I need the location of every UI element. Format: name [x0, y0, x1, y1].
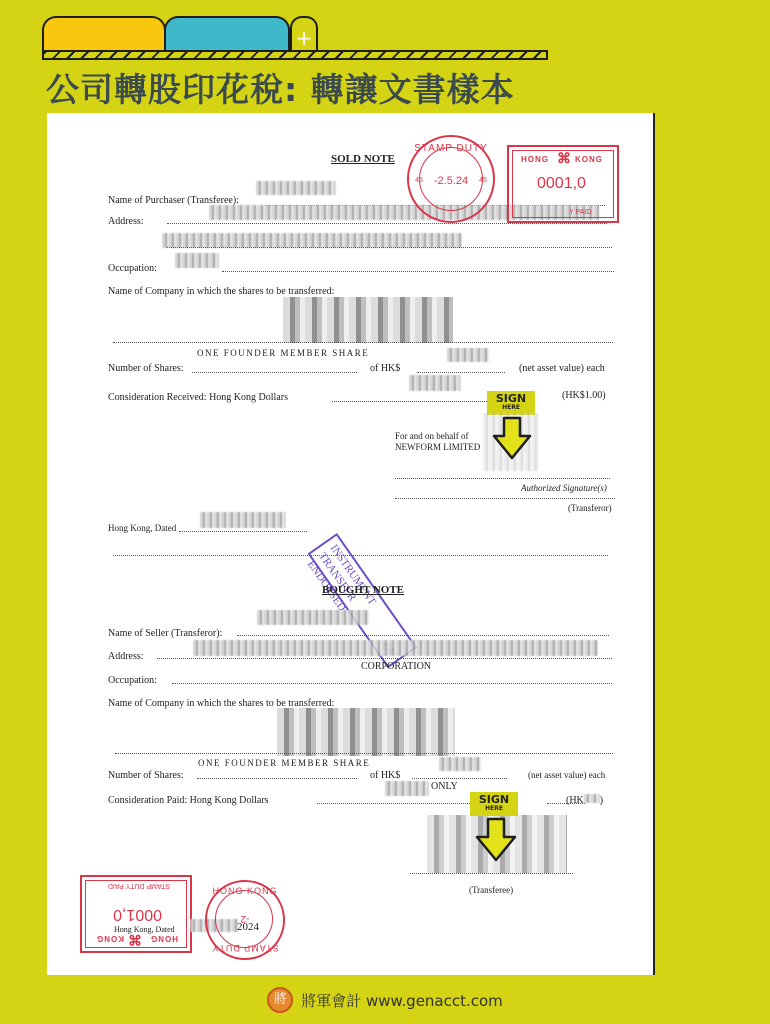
dotted-line: [167, 247, 612, 248]
seller-label: Name of Seller (Transferor):: [108, 628, 222, 639]
redacted-occupation: [175, 253, 219, 268]
add-tab: +: [290, 16, 318, 52]
dotted-line: [157, 658, 612, 659]
redacted-seller: [257, 610, 369, 625]
redacted-consideration: [409, 375, 461, 391]
yellow-tab: [42, 16, 166, 52]
folder-tabs-decoration: +: [42, 16, 548, 58]
arrow-down-icon: [474, 817, 518, 863]
dotted-line: [237, 635, 609, 636]
bought-share-type: ONE FOUNDER MEMBER SHARE: [198, 758, 370, 768]
sign-here-badge: SIGNHERE: [487, 391, 535, 415]
consideration-amount: (HK$1.00): [562, 390, 606, 401]
dotted-line: [113, 555, 608, 556]
redacted-address-2: [162, 233, 462, 248]
stamp-duty-circle-stamp-bottom: STAMP DUTY HONG KONG -2: [205, 880, 285, 960]
behalf-line-2: NEWFORM LIMITED: [395, 442, 480, 452]
redacted-date: [200, 512, 286, 528]
company-label: Name of Company in which the shares to b…: [108, 286, 334, 297]
genacct-logo-icon: 將: [267, 987, 293, 1013]
consideration-paid-amount: (HK): [566, 794, 603, 806]
only-label: ONLY: [431, 781, 458, 792]
plus-icon: +: [292, 28, 316, 48]
stamp-duty-paid-meter-bottom: HONG ⌘ KONG 0001,0 STAMP DUTY PAID: [80, 875, 192, 953]
seller-occupation-label: Occupation:: [108, 675, 157, 686]
dotted-line: [410, 873, 573, 874]
bought-of-hk-label: of HK$: [370, 770, 400, 781]
dotted-line: [222, 271, 614, 272]
redacted-bought-consideration: [385, 781, 429, 796]
hatched-bar: [42, 50, 548, 60]
dotted-line: [395, 478, 610, 479]
sold-note-title: SOLD NOTE: [331, 153, 395, 165]
redacted-amount: [584, 794, 600, 803]
arrow-down-icon: [491, 416, 533, 461]
redacted-seller-address: [193, 640, 598, 656]
redacted-company: [283, 297, 453, 343]
hong-kong-emblem-icon: ⌘: [557, 150, 571, 167]
dotted-line: [197, 778, 357, 779]
stamp-duty-paid-meter: HONG ⌘ KONG 0001,0 Y PAID: [507, 145, 619, 223]
shares-label: Number of Shares:: [108, 363, 184, 374]
each-label: (net asset value) each: [519, 363, 605, 374]
authorized-signature-label: Authorized Signature(s): [521, 483, 607, 493]
occupation-label: Occupation:: [108, 263, 157, 274]
dotted-line: [113, 342, 613, 343]
bought-each-label: (net asset value) each: [528, 770, 605, 780]
transfer-document: SOLD NOTE Name of Purchaser (Transferee)…: [47, 113, 655, 975]
dotted-line: [417, 372, 505, 373]
of-hk-label: of HK$: [370, 363, 400, 374]
dotted-line: [167, 223, 607, 224]
occupation-value: CORPORATION: [361, 661, 431, 672]
dotted-line: [179, 531, 307, 532]
redacted-purchaser: [256, 181, 336, 195]
seller-address-label: Address:: [108, 651, 144, 662]
consideration-paid-label: Consideration Paid: Hong Kong Dollars: [108, 795, 269, 806]
address-label: Address:: [108, 216, 144, 227]
footer: 將 將軍會計 www.genacct.com: [0, 986, 770, 1014]
redacted-bought-par: [439, 757, 481, 771]
sign-here-badge: SIGNHERE: [470, 792, 518, 816]
consideration-label: Consideration Received: Hong Kong Dollar…: [108, 392, 288, 403]
bought-shares-label: Number of Shares:: [108, 770, 184, 781]
redacted-par-value: [447, 348, 489, 362]
dotted-line: [412, 778, 507, 779]
bought-dated-label: Hong Kong, Dated: [114, 925, 175, 934]
share-type: ONE FOUNDER MEMBER SHARE: [197, 348, 369, 358]
dotted-line: [395, 498, 615, 499]
teal-tab: [164, 16, 290, 52]
transferee-label: (Transferee): [469, 885, 513, 895]
stamp-duty-circle-stamp: STAMP DUTY -2.5.24 45 45: [407, 135, 495, 223]
dotted-line: [192, 372, 357, 373]
behalf-line-1: For and on behalf of: [395, 431, 468, 441]
transferor-label: (Transferor): [568, 503, 612, 513]
bought-note-title: BOUGHT NOTE: [322, 584, 404, 596]
dotted-line: [332, 401, 507, 402]
footer-website[interactable]: 將軍會計 www.genacct.com: [301, 990, 503, 1011]
page-title: 公司轉股印花稅: 轉讓文書樣本: [46, 64, 515, 111]
dotted-line: [172, 683, 612, 684]
dotted-line: [115, 753, 613, 754]
dated-label: Hong Kong, Dated: [108, 523, 176, 533]
redacted-bought-company: [277, 708, 455, 756]
